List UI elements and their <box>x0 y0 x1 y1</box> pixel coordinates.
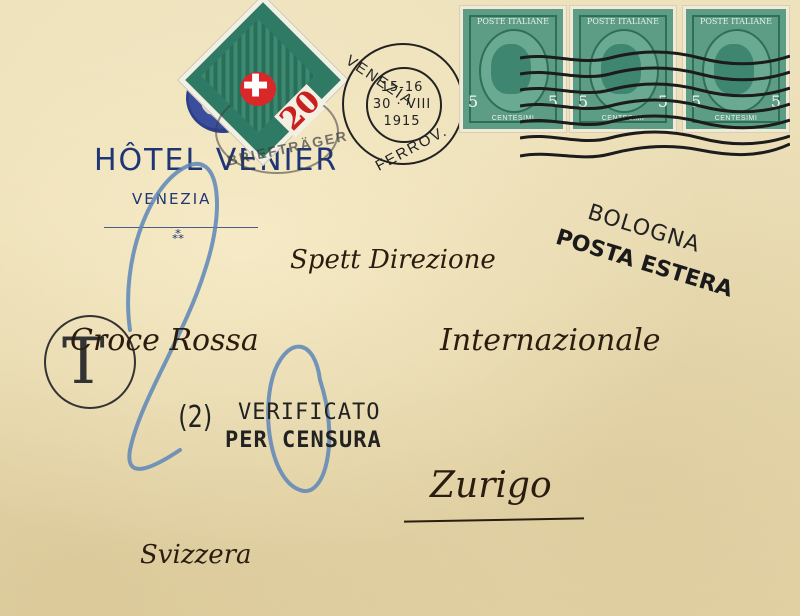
postmark-year: 1915 <box>362 114 442 129</box>
envelope: HÔTEL VENIER VENEZIA ⁂ ✚ 20 BRIEFTRÄGER … <box>0 0 800 616</box>
address-city: Zurigo <box>430 465 552 506</box>
censor-number: (2) <box>178 400 212 435</box>
address-country: Svizzera <box>140 540 252 570</box>
machine-cancel-wavy-lines <box>520 44 790 164</box>
censor-mark-line1: VERIFICATO <box>238 400 380 425</box>
censor-mark-line2: PER CENSURA <box>225 428 382 453</box>
postmark-time: 15-16 <box>362 80 442 95</box>
postmark-date: 30 · VIII <box>362 97 442 112</box>
address-line-attention: Spett Direzione <box>290 245 496 275</box>
address-line-org-part2: Internazionale <box>440 323 661 358</box>
address-line-org-part1: Croce Rossa <box>70 323 259 358</box>
address-city-underline <box>404 517 584 522</box>
